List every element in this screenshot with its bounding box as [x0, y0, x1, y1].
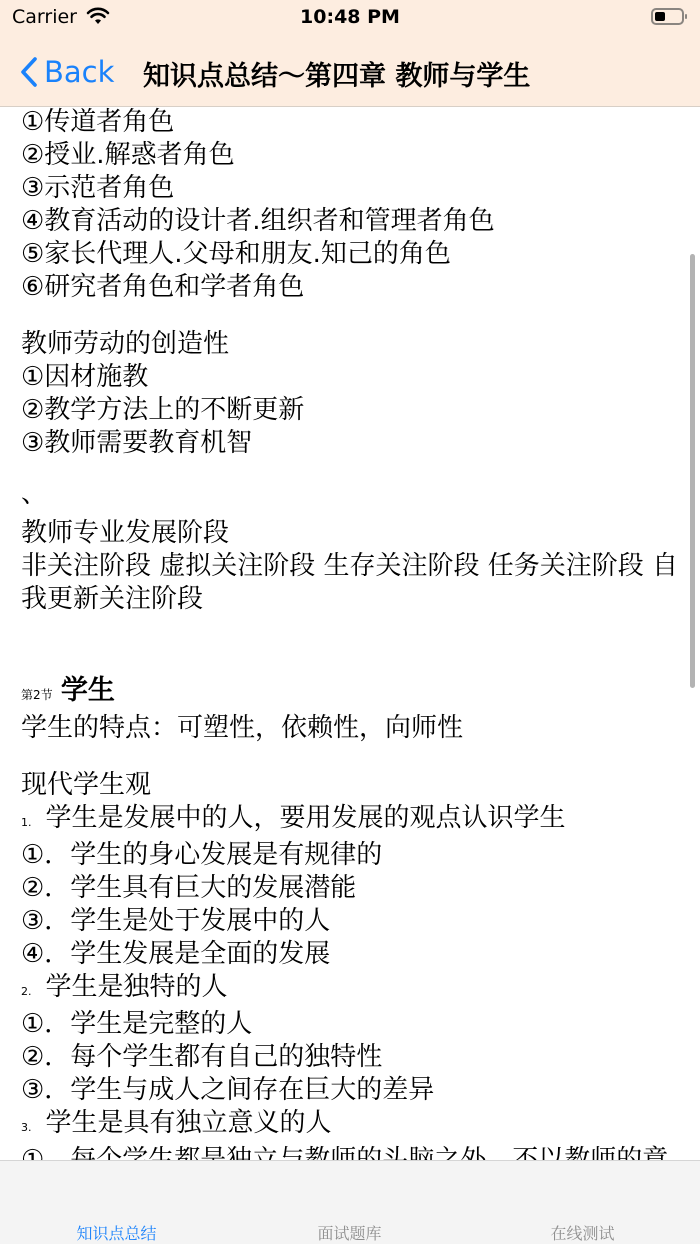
group-title: 3.学生是具有独立意义的人 [21, 1107, 691, 1144]
stray-mark: 、 [21, 484, 691, 517]
group-title: 2.学生是独特的人 [21, 971, 691, 1008]
back-button[interactable]: Back [20, 52, 114, 92]
group-number: 1. [21, 816, 32, 829]
modern-view-heading: 现代学生观 [21, 769, 691, 802]
development-heading: 教师专业发展阶段 [21, 517, 691, 550]
vertical-scrollbar[interactable] [690, 254, 695, 688]
development-body: 非关注阶段 虚拟关注阶段 生存关注阶段 任务关注阶段 自我更新关注阶段 [21, 550, 691, 616]
group-title-text: 学生是发展中的人，要用发展的观点认识学生 [46, 803, 566, 833]
chevron-left-icon [20, 56, 38, 88]
group-number: 2. [21, 985, 32, 998]
group-title-text: 学生是独特的人 [46, 972, 228, 1002]
creativity-item: ①因材施教 [21, 361, 691, 394]
navigation-bar: Back 知识点总结～第四章 教师与学生 [0, 40, 700, 104]
section-2-header: 第2节 学生 [21, 674, 691, 712]
tab-bar: 知识点总结 面试题库 在线测试 [0, 1160, 700, 1244]
tab-knowledge-summary[interactable]: 知识点总结 [0, 1221, 233, 1244]
content-scroll-view[interactable]: ①传道者角色 ②授业.解惑者角色 ③示范者角色 ④教育活动的设计者.组织者和管理… [0, 106, 700, 1160]
student-traits: 学生的特点：可塑性，依赖性，向师性 [21, 712, 691, 745]
group-number: 3. [21, 1121, 32, 1134]
role-item: ⑥研究者角色和学者角色 [21, 271, 691, 304]
role-item: ③示范者角色 [21, 172, 691, 205]
back-label: Back [44, 55, 114, 89]
group-item: ④．学生发展是全面的发展 [21, 938, 691, 971]
battery-icon [651, 8, 684, 25]
group-item: ③．学生与成人之间存在巨大的差异 [21, 1074, 691, 1107]
clock: 10:48 PM [0, 6, 700, 28]
top-bar: Carrier 10:48 PM Back 知识点总结～第四章 教师与学生 [0, 0, 700, 107]
role-item: ②授业.解惑者角色 [21, 139, 691, 172]
role-item: ①传道者角色 [21, 106, 691, 139]
creativity-item: ②教学方法上的不断更新 [21, 394, 691, 427]
group-item: ①．学生的身心发展是有规律的 [21, 839, 691, 872]
creativity-item: ③教师需要教育机智 [21, 427, 691, 460]
section-label: 第2节 [21, 688, 53, 702]
status-bar: Carrier 10:48 PM [0, 0, 700, 36]
group-title-text: 学生是具有独立意义的人 [46, 1108, 332, 1138]
article-text: ①传道者角色 ②授业.解惑者角色 ③示范者角色 ④教育活动的设计者.组织者和管理… [21, 106, 691, 1160]
group-item: ②．学生具有巨大的发展潜能 [21, 872, 691, 905]
group-item: ①．学生是完整的人 [21, 1008, 691, 1041]
role-item: ④教育活动的设计者.组织者和管理者角色 [21, 205, 691, 238]
page-title: 知识点总结～第四章 教师与学生 [143, 54, 530, 93]
group-item: ③．学生是处于发展中的人 [21, 905, 691, 938]
tab-interview-bank[interactable]: 面试题库 [233, 1221, 466, 1244]
group-title: 1.学生是发展中的人，要用发展的观点认识学生 [21, 802, 691, 839]
group-item: ①．每个学生都是独立与教师的头脑之外，不以教师的意志为转移的客观存在 [21, 1144, 691, 1160]
section-title: 学生 [61, 675, 115, 706]
group-item: ②．每个学生都有自己的独特性 [21, 1041, 691, 1074]
tab-online-test[interactable]: 在线测试 [466, 1221, 699, 1244]
role-item: ⑤家长代理人.父母和朋友.知己的角色 [21, 238, 691, 271]
creativity-heading: 教师劳动的创造性 [21, 328, 691, 361]
